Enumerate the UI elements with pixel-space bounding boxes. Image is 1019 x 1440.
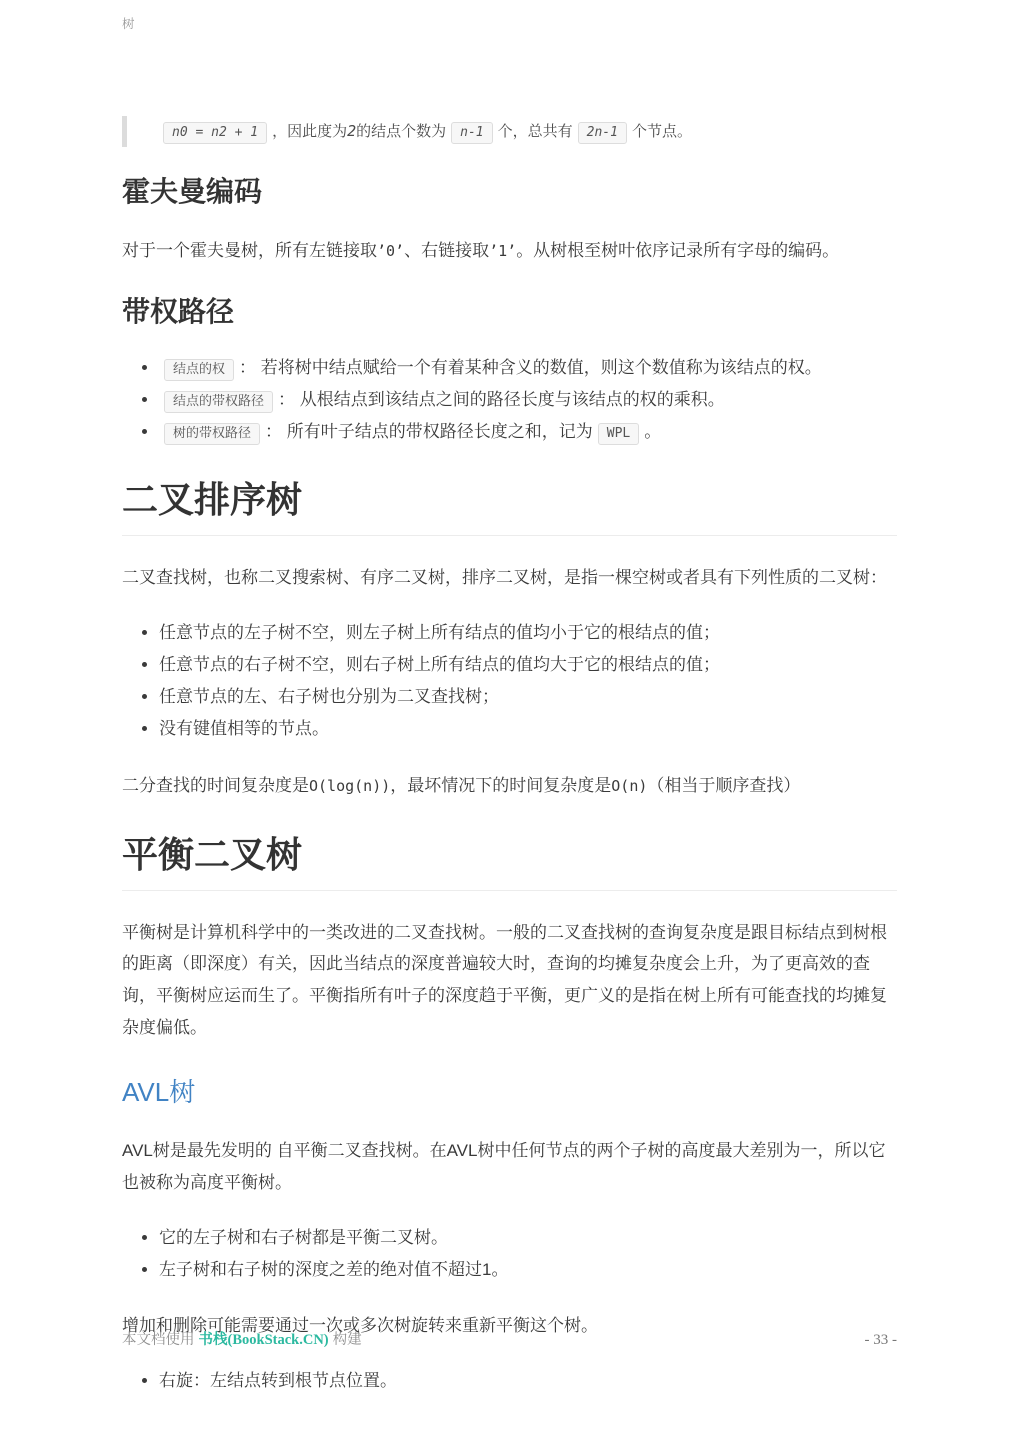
paragraph-text: （相当于顺序查找） [647,776,800,795]
list-item: 右旋：左结点转到根节点位置。 [159,1366,897,1395]
code-literal: O(log(n)) [309,777,390,795]
inline-code: n0 = n2 + 1 [163,122,267,144]
list-item: 左子树和右子树的深度之差的绝对值不超过1。 [159,1255,897,1284]
inline-code: n-1 [451,122,492,144]
section-title-avl-tree: AVL树 [122,1076,897,1109]
section-title-balanced-binary-tree: 平衡二叉树 [122,832,897,891]
avl-property-list: 它的左子树和右子树都是平衡二叉树。 左子树和右子树的深度之差的绝对值不超过1。 [122,1223,897,1284]
paragraph-balanced-intro: 平衡树是计算机科学中的一类改进的二叉查找树。一般的二叉查找树的查询复杂度是跟目标… [122,917,897,1045]
inline-code: 树的带权路径 [164,423,260,445]
paragraph-bst-intro: 二叉查找树，也称二叉搜索树、有序二叉树，排序二叉树，是指一棵空树或者具有下列性质… [122,562,897,594]
paragraph-bst-complexity: 二分查找的时间复杂度是O(log(n))，最坏情况下的时间复杂度是O(n)（相当… [122,770,897,802]
section-title-huffman-coding: 霍夫曼编码 [122,174,897,209]
blockquote-text: ，因此度为 [272,123,347,140]
section-title-weighted-path: 带权路径 [122,294,897,329]
code-literal: ’0’ [377,242,404,260]
paragraph-huffman: 对于一个霍夫曼树，所有左链接取’0’、右链接取’1’。从树根至树叶依序记录所有字… [122,235,897,267]
inline-code: 2n-1 [578,122,627,144]
avl-rotation-list: 右旋：左结点转到根节点位置。 [122,1366,897,1395]
weighted-path-list: 结点的权： 若将树中结点赋给一个有着某种含义的数值，则这个数值称为该结点的权。 … [122,353,897,447]
footer-brand-link: 书栈(BookStack.CN) [199,1332,329,1348]
list-item: 任意节点的左、右子树也分别为二叉查找树； [159,682,897,711]
list-item: 它的左子树和右子树都是平衡二叉树。 [159,1223,897,1252]
page-footer: 本文档使用 书栈(BookStack.CN) 构建 - 33 - [122,1328,897,1349]
inline-code: 结点的权 [164,359,234,381]
paragraph-text: 。从树根至树叶依序记录所有字母的编码。 [516,241,839,260]
doc-header-label: 树 [122,14,897,32]
list-item: 任意节点的左子树不空，则左子树上所有结点的值均小于它的根结点的值； [159,618,897,647]
section-title-binary-sort-tree: 二叉排序树 [122,477,897,536]
bst-property-list: 任意节点的左子树不空，则左子树上所有结点的值均小于它的根结点的值； 任意节点的右… [122,618,897,744]
paragraph-text: ，最坏情况下的时间复杂度是 [390,776,611,795]
code-literal: ’1’ [489,242,516,260]
list-item: 任意节点的右子树不空，则右子树上所有结点的值均大于它的根结点的值； [159,650,897,679]
list-item: 结点的权： 若将树中结点赋给一个有着某种含义的数值，则这个数值称为该结点的权。 [159,353,897,382]
paragraph-text: 对于一个霍夫曼树，所有左链接取 [122,241,377,260]
list-item-text: ： 从根结点到该结点之间的路径长度与该结点的权的乘积。 [278,390,725,409]
blockquote-number: 2 [347,122,356,140]
list-item: 没有键值相等的节点。 [159,714,897,743]
footer-text: 本文档使用 [122,1332,199,1348]
code-literal: O(n) [611,777,647,795]
paragraph-text: 、右链接取 [404,241,489,260]
paragraph-avl-intro: AVL树是最先发明的 自平衡二叉查找树。在AVL树中任何节点的两个子树的高度最大… [122,1135,897,1199]
footer-text: 构建 [329,1332,362,1348]
document-page: 树 n0 = n2 + 1，因此度为2的结点个数为n-1个，总共有2n-1个节点… [0,0,1019,1440]
list-item-text: 。 [644,422,661,441]
list-item-text: ： 所有叶子结点的带权路径长度之和，记为 [265,422,593,441]
page-number: - 33 - [865,1332,898,1349]
list-item: 树的带权路径： 所有叶子结点的带权路径长度之和，记为WPL。 [159,417,897,446]
footer-build-note: 本文档使用 书栈(BookStack.CN) 构建 [122,1328,362,1349]
list-item-text: ： 若将树中结点赋给一个有着某种含义的数值，则这个数值称为该结点的权。 [239,358,822,377]
blockquote: n0 = n2 + 1，因此度为2的结点个数为n-1个，总共有2n-1个节点。 [122,116,897,147]
list-item: 结点的带权路径： 从根结点到该结点之间的路径长度与该结点的权的乘积。 [159,385,897,414]
inline-code: 结点的带权路径 [164,391,273,413]
paragraph-text: 二分查找的时间复杂度是 [122,776,309,795]
blockquote-text: 个节点。 [632,123,692,140]
blockquote-text: 个，总共有 [498,123,573,140]
blockquote-text: 的结点个数为 [356,123,446,140]
inline-code: WPL [598,423,639,445]
